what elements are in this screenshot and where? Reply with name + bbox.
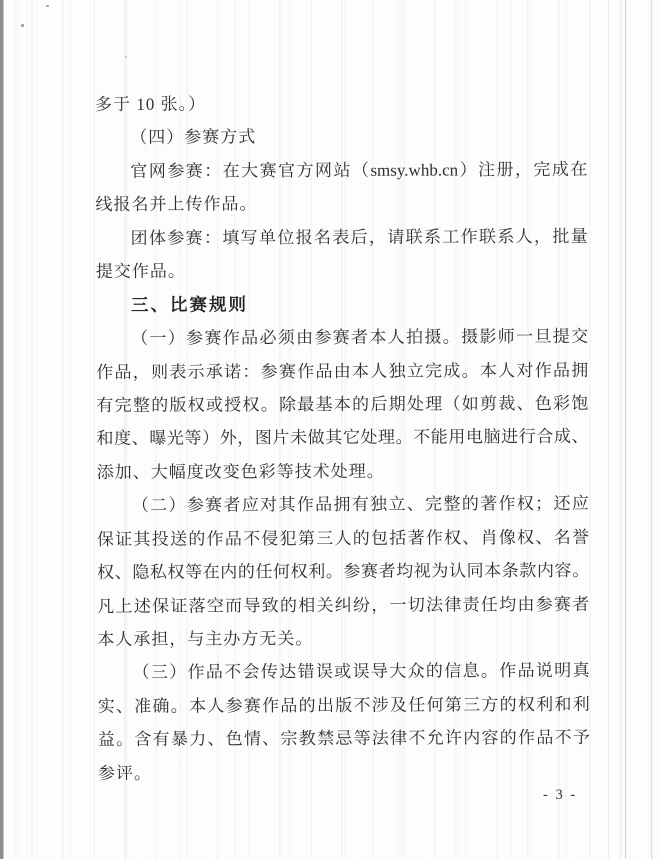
- text-line: 凡上述保证落空而导致的相关纠纷，一切法律责任均由参赛者: [97, 587, 589, 623]
- text-line: 提交作品。: [96, 253, 588, 289]
- text-line: （二）参赛者应对其作品拥有独立、完整的著作权；还应: [97, 487, 589, 523]
- text-line: 益。含有暴力、色情、宗教禁忌等法律不允许内容的作品不予: [98, 721, 590, 757]
- text-line: 作品，则表示承诺：参赛作品由本人独立完成。本人对作品拥: [96, 353, 588, 389]
- section-heading-rules: 三、比赛规则: [96, 286, 588, 322]
- scan-speck: [21, 24, 24, 27]
- text-line: （三）作品不会传达错误或误导大众的信息。作品说明真: [97, 654, 589, 690]
- page-number: - 3 -: [543, 787, 577, 804]
- text-line: 参评。: [98, 755, 590, 791]
- scan-left-edge: [0, 0, 6, 859]
- scan-speck: [125, 56, 127, 58]
- text-line: 实、准确。本人参赛作品的出版不涉及任何第三方的权利和利: [98, 688, 590, 724]
- text-line: 有完整的版权或授权。除最基本的后期处理（如剪裁、色彩饱: [96, 387, 588, 423]
- text-line: 权、隐私权等在内的任何权利。参赛者均视为认同本条款内容。: [97, 554, 589, 590]
- document-text-block: 多于 10 张。） （四）参赛方式 官网参赛：在大赛官方网站（smsy.whb.…: [95, 86, 590, 790]
- text-line: 线报名并上传作品。: [95, 186, 587, 222]
- text-line: 添加、大幅度改变色彩等技术处理。: [97, 454, 589, 490]
- text-line: （一）参赛作品必须由参赛者本人拍摄。摄影师一旦提交: [96, 320, 588, 356]
- text-line: 和度、曝光等）外，图片未做其它处理。不能用电脑进行合成、: [96, 420, 588, 456]
- paper-edge-line: [625, 0, 626, 859]
- text-line: 团体参赛：填写单位报名表后，请联系工作联系人，批量: [96, 220, 588, 256]
- text-line: 保证其投送的作品不侵犯第三人的包括著作权、肖像权、名誉: [97, 521, 589, 557]
- scan-speck: [46, 5, 49, 7]
- text-line: 本人承担，与主办方无关。: [97, 621, 589, 657]
- paper-edge-line: [651, 0, 652, 859]
- paper-edge-line: [608, 0, 609, 859]
- text-line: 多于 10 张。）: [95, 86, 587, 122]
- subsection-heading: （四）参赛方式: [95, 119, 587, 155]
- text-line: 官网参赛：在大赛官方网站（smsy.whb.cn）注册，完成在: [95, 153, 587, 189]
